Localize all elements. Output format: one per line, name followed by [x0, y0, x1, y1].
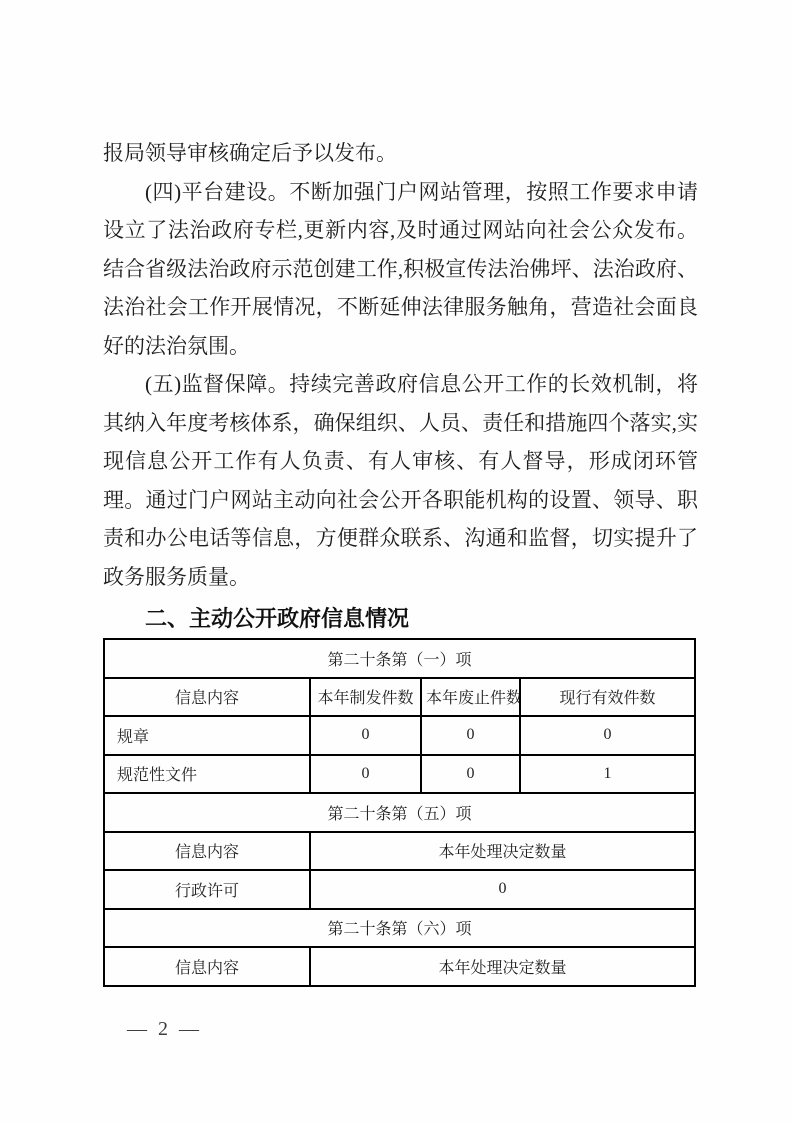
- table-cell: 现行有效件数: [520, 678, 695, 717]
- table-row: 第二十条第（一）项: [104, 639, 695, 678]
- table-cell: 规范性文件: [104, 755, 310, 794]
- page-number: — 2 —: [127, 1018, 202, 1041]
- table-cell: 本年处理决定数量: [310, 832, 695, 871]
- table-cell: 规章: [104, 716, 310, 755]
- table-cell: 行政许可: [104, 870, 310, 909]
- table-cell: 0: [310, 755, 421, 794]
- info-disclosure-table: 第二十条第（一）项信息内容本年制发件数本年废止件数现行有效件数规章000规范性文…: [103, 638, 696, 987]
- table-cell: 0: [421, 716, 520, 755]
- table-row: 规范性文件001: [104, 755, 695, 794]
- table-row: 第二十条第（五）项: [104, 793, 695, 832]
- table-cell: 本年废止件数: [421, 678, 520, 717]
- table-cell: 0: [310, 870, 695, 909]
- paragraph-platform-construction: (四)平台建设。不断加强门户网站管理，按照工作要求申请设立了法治政府专栏,更新内…: [103, 173, 698, 366]
- table-cell: 本年处理决定数量: [310, 947, 695, 986]
- table-section-cell: 第二十条第（五）项: [104, 793, 695, 832]
- document-page: 报局领导审核确定后予以发布。 (四)平台建设。不断加强门户网站管理，按照工作要求…: [0, 0, 793, 1122]
- document-content: 报局领导审核确定后予以发布。 (四)平台建设。不断加强门户网站管理，按照工作要求…: [103, 134, 698, 987]
- table-row: 第二十条第（六）项: [104, 909, 695, 948]
- paragraph-continuation: 报局领导审核确定后予以发布。: [103, 134, 698, 173]
- table-cell: 本年制发件数: [310, 678, 421, 717]
- table-section-cell: 第二十条第（六）项: [104, 909, 695, 948]
- table-row: 信息内容本年制发件数本年废止件数现行有效件数: [104, 678, 695, 717]
- table-row: 信息内容本年处理决定数量: [104, 832, 695, 871]
- table-cell: 信息内容: [104, 678, 310, 717]
- paragraph-supervision-guarantee: (五)监督保障。持续完善政府信息公开工作的长效机制，将其纳入年度考核体系，确保组…: [103, 365, 698, 596]
- table-cell: 信息内容: [104, 832, 310, 871]
- table-cell: 1: [520, 755, 695, 794]
- table-cell: 0: [310, 716, 421, 755]
- table-row: 行政许可0: [104, 870, 695, 909]
- table-cell: 信息内容: [104, 947, 310, 986]
- section-heading: 二、主动公开政府信息情况: [103, 604, 698, 634]
- table-cell: 0: [520, 716, 695, 755]
- table-row: 信息内容本年处理决定数量: [104, 947, 695, 986]
- table-cell: 0: [421, 755, 520, 794]
- table-row: 规章000: [104, 716, 695, 755]
- table-section-cell: 第二十条第（一）项: [104, 639, 695, 678]
